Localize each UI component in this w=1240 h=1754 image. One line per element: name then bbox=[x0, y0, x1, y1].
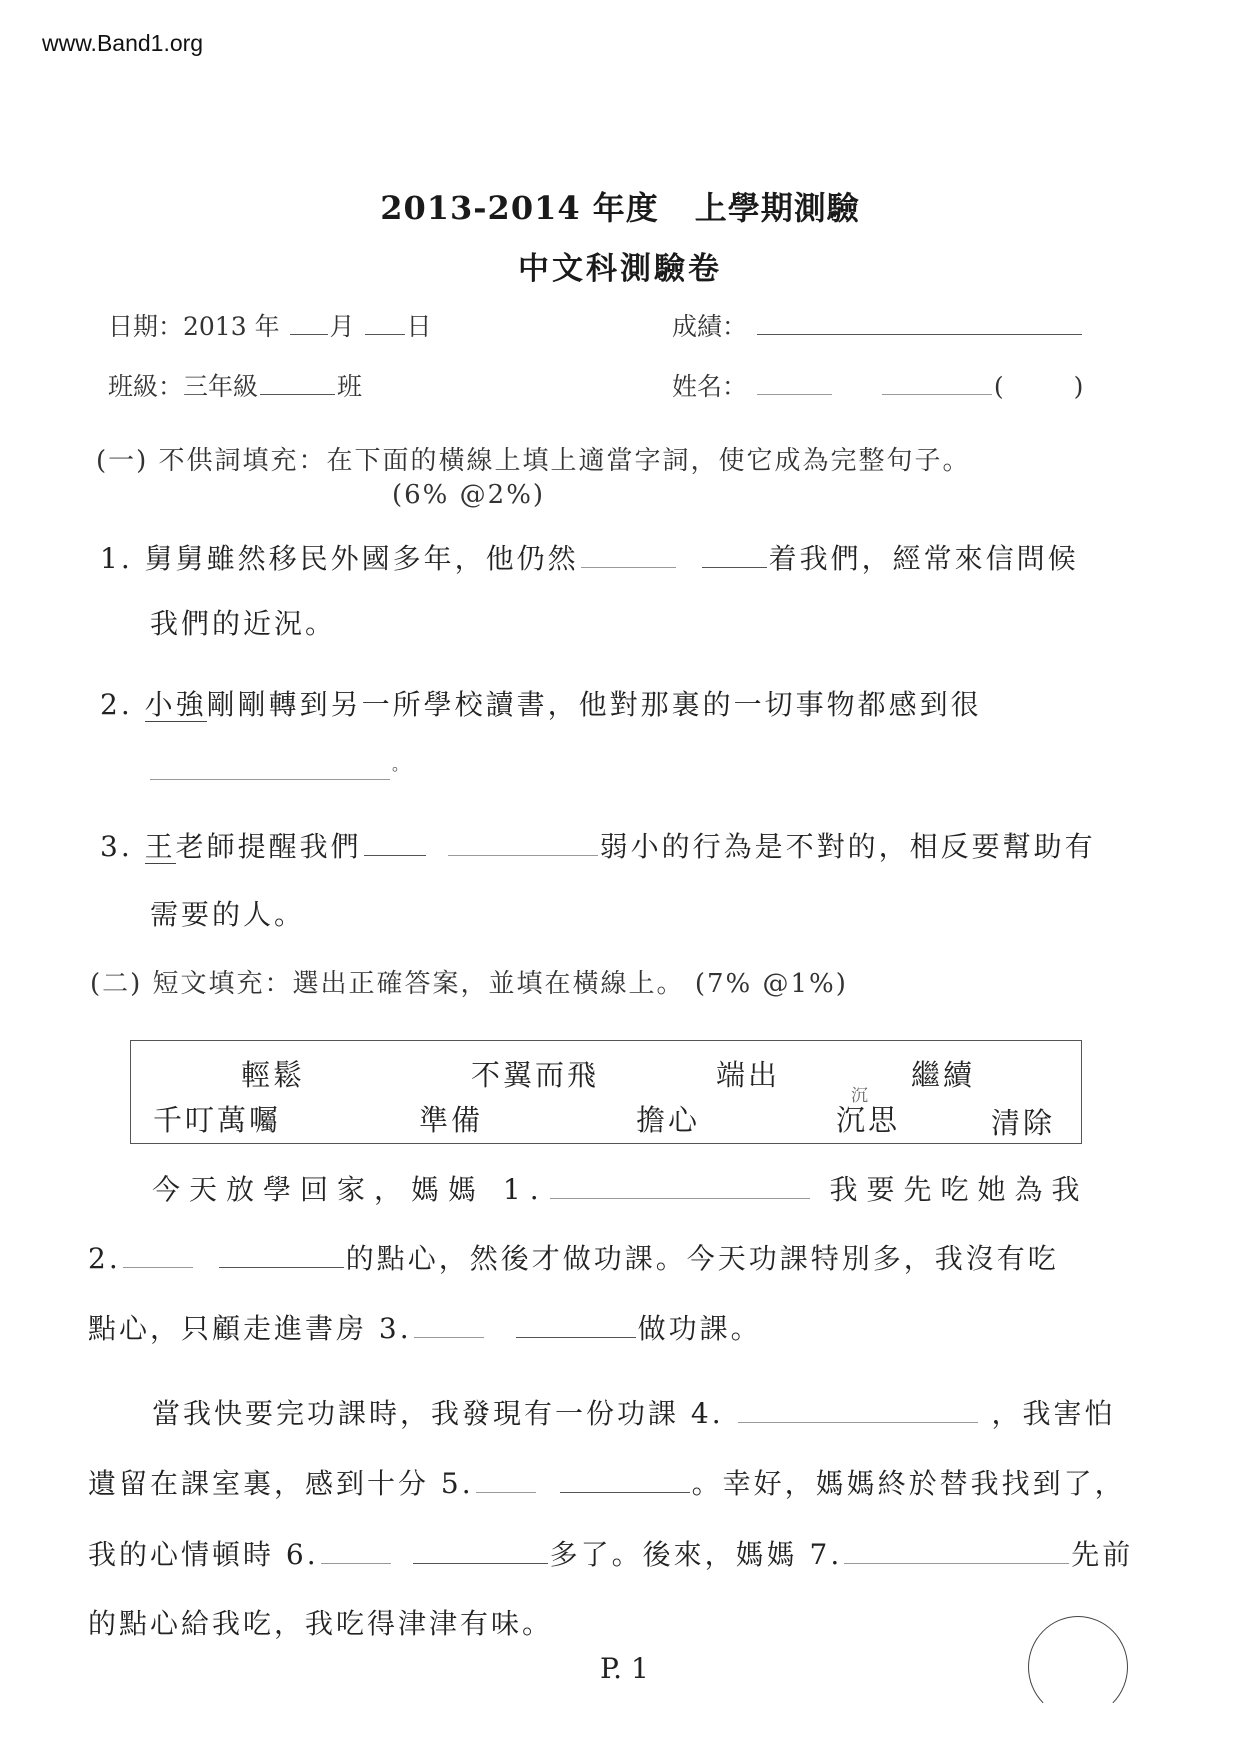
section1-heading: (一) 不供詞填充：在下面的橫線上填上適當字詞，使它成為完整句子。 bbox=[96, 440, 971, 477]
passage-text: 做功課。 bbox=[638, 1312, 762, 1345]
passage-blank-6a[interactable] bbox=[321, 1562, 391, 1564]
class-blank[interactable] bbox=[260, 393, 335, 395]
passage-blank-6b[interactable] bbox=[413, 1562, 548, 1564]
passage-text: 。幸好，媽媽終於替我找到了， bbox=[692, 1467, 1126, 1500]
day-label: 日 bbox=[407, 312, 432, 341]
passage-blank-7[interactable] bbox=[844, 1562, 1069, 1564]
page-number: P. 1 bbox=[600, 1652, 649, 1685]
word-bank-item: 不翼而飛 bbox=[471, 1053, 599, 1094]
question-2-line2: 。 bbox=[148, 752, 411, 787]
question-number: 2. bbox=[100, 688, 133, 721]
question-text: 老師提醒我們 bbox=[176, 830, 362, 863]
answer-blank-1a[interactable] bbox=[581, 566, 676, 568]
passage-p1-line3: 點心，只顧走進書房 3.做功課。 bbox=[88, 1307, 762, 1347]
passage-blank-2a[interactable] bbox=[123, 1266, 193, 1268]
passage-blank-3a[interactable] bbox=[414, 1336, 484, 1338]
passage-text: 我要先吃她為我 bbox=[830, 1173, 1089, 1206]
proper-name: 王 bbox=[145, 830, 176, 864]
passage-blank-1[interactable] bbox=[550, 1197, 810, 1199]
question-text: 弱小的行為是不對的，相反要幫助有 bbox=[600, 830, 1096, 863]
proper-name: 小強 bbox=[145, 688, 207, 722]
passage-p1-line1: 今天放學回家，媽媽 1. 我要先吃她為我 bbox=[152, 1168, 1089, 1208]
exam-subtitle: 中文科測驗卷 bbox=[0, 243, 1240, 288]
month-label: 月 bbox=[330, 312, 355, 341]
section2-instructions: (二) 短文填充：選出正確答案，並填在橫線上。 bbox=[90, 969, 685, 999]
passage-p2-line3: 我的心情頓時 6.多了。後來，媽媽 7.先前 bbox=[88, 1533, 1133, 1573]
passage-text: 多了。後來，媽媽 7. bbox=[550, 1538, 843, 1571]
passage-text: 2. bbox=[88, 1242, 121, 1275]
passage-text: 今天放學回家，媽媽 1. bbox=[152, 1173, 548, 1206]
passage-blank-2b[interactable] bbox=[219, 1266, 344, 1268]
name-label: 姓名： bbox=[672, 372, 747, 401]
class-number-close: ) bbox=[1074, 372, 1084, 401]
word-bank-item: 準備 bbox=[419, 1098, 483, 1139]
score-field: 成績： bbox=[672, 307, 1084, 343]
day-blank[interactable] bbox=[365, 333, 405, 335]
passage-p1-line2: 2.的點心，然後才做功課。今天功課特別多，我沒有吃 bbox=[88, 1237, 1059, 1277]
question-punctuation: 。 bbox=[392, 755, 411, 774]
word-bank: 輕鬆 不翼而飛 端出 繼續 沉 千叮萬囑 準備 擔心 沉思 清除 bbox=[130, 1040, 1082, 1144]
class-suffix: 班 bbox=[337, 372, 362, 401]
answer-blank-3a[interactable] bbox=[364, 854, 426, 856]
passage-text: 當我快要完功課時，我發現有一份功課 4. bbox=[152, 1397, 724, 1430]
section1-marks: (6% @2%) bbox=[392, 480, 545, 510]
exam-title: 2013-2014 年度上學期測驗 bbox=[0, 183, 1240, 229]
score-blank[interactable] bbox=[757, 333, 1082, 335]
passage-blank-5b[interactable] bbox=[560, 1491, 690, 1493]
title-year: 2013-2014 年度 bbox=[380, 189, 659, 227]
question-text: 舅舅雖然移民外國多年，他仍然 bbox=[145, 542, 579, 575]
month-blank[interactable] bbox=[290, 333, 328, 335]
passage-p2-line2: 遺留在課室裏，感到十分 5.。幸好，媽媽終於替我找到了， bbox=[88, 1462, 1126, 1502]
question-text: 着我們，經常來信問候 bbox=[769, 542, 1079, 575]
title-term: 上學期測驗 bbox=[695, 189, 860, 227]
question-3-line2: 需要的人。 bbox=[150, 893, 305, 933]
question-number: 3. bbox=[100, 830, 133, 863]
passage-text: 遺留在課室裏，感到十分 5. bbox=[88, 1467, 474, 1500]
word-bank-item: 輕鬆 bbox=[241, 1053, 305, 1094]
passage-blank-5a[interactable] bbox=[476, 1491, 536, 1493]
question-3: 3. 王老師提醒我們弱小的行為是不對的，相反要幫助有 bbox=[100, 825, 1096, 865]
class-number-open: ( bbox=[994, 372, 1004, 401]
question-text: 剛剛轉到另一所學校讀書，他對那裏的一切事物都感到很 bbox=[207, 688, 982, 721]
passage-text: 先前 bbox=[1071, 1538, 1133, 1571]
question-2: 2. 小強剛剛轉到另一所學校讀書，他對那裏的一切事物都感到很 bbox=[100, 683, 982, 723]
answer-blank-1b[interactable] bbox=[702, 566, 767, 568]
section2-marks: (7% @1%) bbox=[695, 969, 848, 999]
passage-blank-4[interactable] bbox=[738, 1421, 978, 1423]
name-blank-2[interactable] bbox=[882, 393, 992, 395]
score-circle bbox=[1028, 1616, 1128, 1718]
word-bank-item: 清除 bbox=[991, 1101, 1055, 1142]
score-label: 成績： bbox=[672, 312, 747, 341]
question-1-line2: 我們的近況。 bbox=[150, 602, 336, 642]
passage-p2-line4: 的點心給我吃，我吃得津津有味。 bbox=[88, 1602, 553, 1642]
word-bank-item: 端出 bbox=[716, 1053, 780, 1094]
class-field: 班級：三年級班 bbox=[108, 367, 362, 403]
passage-blank-3b[interactable] bbox=[516, 1336, 636, 1338]
passage-text: 點心，只顧走進書房 3. bbox=[88, 1312, 412, 1345]
date-label: 日期：2013 年 bbox=[108, 312, 280, 341]
watermark: www.Band1.org bbox=[42, 30, 203, 57]
passage-text: 我的心情頓時 6. bbox=[88, 1538, 319, 1571]
section2-heading: (二) 短文填充：選出正確答案，並填在橫線上。 (7% @1%) bbox=[90, 963, 848, 1000]
word-bank-item: 沉思 bbox=[836, 1098, 900, 1139]
answer-blank-3b[interactable] bbox=[448, 854, 598, 856]
passage-text: 的點心，然後才做功課。今天功課特別多，我沒有吃 bbox=[346, 1242, 1059, 1275]
answer-blank-2[interactable] bbox=[150, 778, 390, 780]
class-label: 班級：三年級 bbox=[108, 372, 258, 401]
name-field: 姓名： () bbox=[672, 367, 1083, 403]
name-blank-1[interactable] bbox=[757, 393, 832, 395]
word-bank-item: 千叮萬囑 bbox=[153, 1098, 281, 1139]
word-bank-item: 擔心 bbox=[636, 1098, 700, 1139]
date-field: 日期：2013 年 月 日 bbox=[108, 307, 432, 343]
passage-text: ，我害怕 bbox=[991, 1397, 1115, 1430]
question-1: 1. 舅舅雖然移民外國多年，他仍然着我們，經常來信問候 bbox=[100, 537, 1079, 577]
passage-p2-line1: 當我快要完功課時，我發現有一份功課 4. ，我害怕 bbox=[152, 1392, 1115, 1432]
question-number: 1. bbox=[100, 542, 133, 575]
word-bank-item: 繼續 bbox=[911, 1053, 975, 1094]
